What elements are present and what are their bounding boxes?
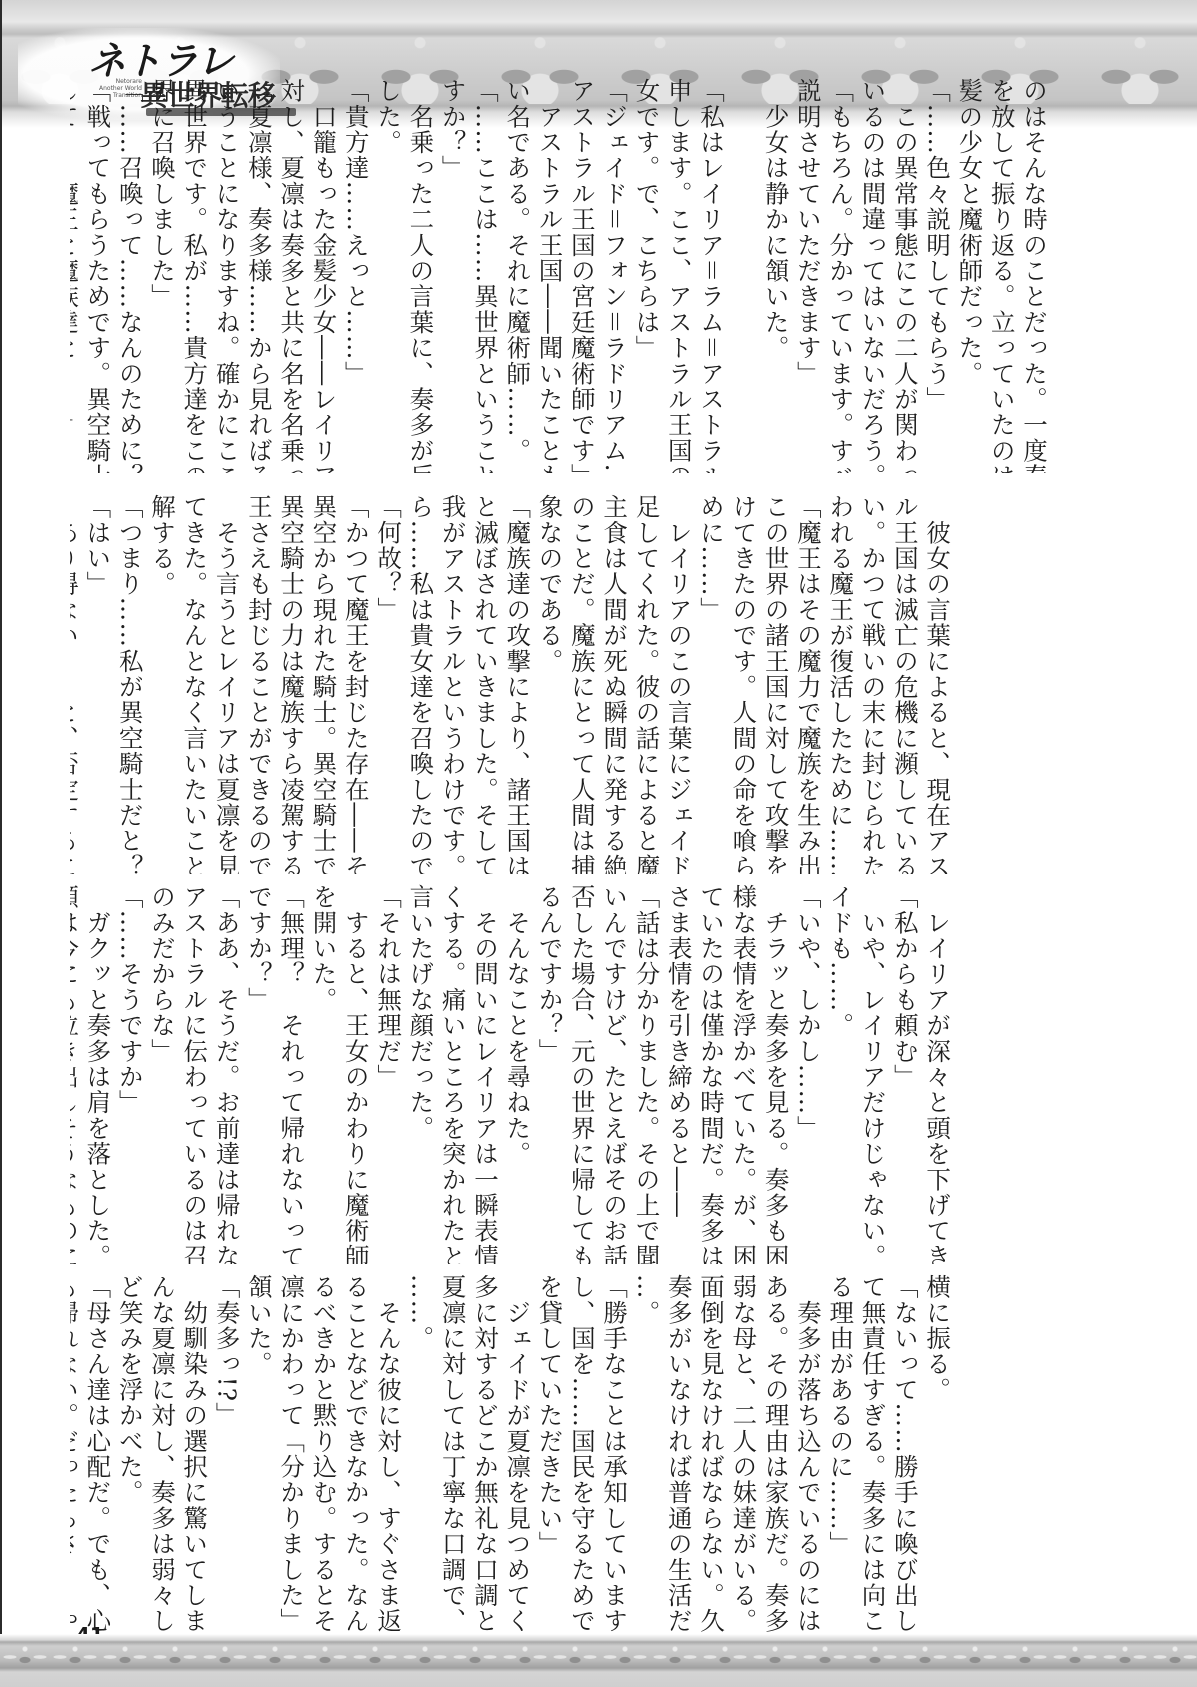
text-line: 王さえも封じることができるのです」	[243, 494, 275, 874]
text-line: 「……そうですか」	[113, 884, 145, 1264]
text-line: 幼馴染みの選択に驚いてしまう。そ	[178, 1274, 210, 1654]
text-line: 足してくれた。彼の話によると魔族の	[630, 494, 662, 874]
text-line: るんですか？」	[533, 884, 565, 1264]
text-line: 女です。で、こちらは」	[630, 78, 662, 473]
text-line: 「魔族達の攻撃により、諸王国は次々	[501, 494, 533, 874]
text-line: 「母さん達は心配だ。でも、心配して	[81, 1274, 113, 1654]
text-line: 彼女の言葉によると、現在アストラ	[921, 494, 953, 874]
text-tier-3: レイリアが深々と頭を下げてきた。「私からも頼む」 いや、レイリアだけじゃない。ジ…	[70, 884, 1050, 1264]
text-line: した。	[372, 78, 404, 473]
text-line: そう言うとレイリアは夏凛を見つめ	[210, 494, 242, 874]
text-line: 界に召喚しました」	[146, 78, 178, 473]
text-line: 「貴方達……えっと……」	[339, 78, 371, 473]
text-line	[953, 1274, 985, 1654]
text-line: 異空から現れた騎士。異空騎士でした。	[307, 494, 339, 874]
text-line	[953, 494, 985, 874]
text-line: 夏凛に対しては丁寧な口調で、慇懃に	[436, 1274, 468, 1654]
text-line: 対し、夏凛は奏多と共に名を名乗った。	[275, 78, 307, 473]
text-line: けてきたのです。人間の命を喰らうた	[727, 494, 759, 874]
text-line	[985, 494, 1017, 874]
text-line: 「夏凛様、奏多様……から見ればそう	[243, 78, 275, 473]
text-line: 「勝手なことは承知しています。しか	[598, 1274, 630, 1654]
text-line: いんですけど、たとえばそのお話を拒	[598, 884, 630, 1264]
text-tier-2: 彼女の言葉によると、現在アストラル王国は滅亡の危機に瀕しているらしい。かつて戦い…	[70, 494, 1050, 874]
text-line: し、国を……国民を守るためです。力	[566, 1274, 598, 1654]
text-line: 「ジェイド＝フォン＝ラドリアム……	[598, 78, 630, 473]
text-line: 「もちろん。分かっています。すべて	[824, 78, 856, 473]
text-line: いうことになりますね。確かにここは	[210, 78, 242, 473]
text-line: 否した場合、元の世界に帰してもらえ	[566, 884, 598, 1264]
text-line	[985, 884, 1017, 1264]
text-line: 「何故？」	[372, 494, 404, 874]
text-line: アストラルに伝わっているのは召喚術	[178, 884, 210, 1264]
text-line: すると、王女のかわりに魔術師が口	[339, 884, 371, 1264]
text-line: 「いや、しかし……」	[792, 884, 824, 1264]
text-line: んな夏凛に対し、奏多は弱々しいけれ	[146, 1274, 178, 1654]
text-line: 「ああ、そうだ。お前達は帰れない。	[210, 884, 242, 1264]
text-line	[1018, 494, 1050, 874]
text-line: 言いたげな顔だった。	[404, 884, 436, 1264]
text-line: 「私からも頼む」	[889, 884, 921, 1264]
text-line: ど笑みを浮かべた。	[113, 1274, 145, 1654]
text-line: いるのは間違ってはいないだろう。	[856, 78, 888, 473]
text-line: ある。その理由は家族だ。奏多には病	[759, 1274, 791, 1654]
text-line: チラッと奏多を見る。奏多も困った	[759, 884, 791, 1264]
text-line: その問いにレイリアは一瞬表情を硬	[469, 884, 501, 1264]
text-line: のことだ。魔族にとって人間は捕食対	[566, 494, 598, 874]
text-line: さま表情を引き締めると――	[662, 884, 694, 1264]
text-line: 「……召喚って……なんのために？」	[113, 78, 145, 473]
text-line: 異世界です。私が……貴方達をこの世	[178, 78, 210, 473]
text-line: ら……私は貴女達を召喚したのです」	[404, 494, 436, 874]
text-line: そんなことを尋ねた。	[501, 884, 533, 1264]
text-line: 口籠もった金髪少女――レイリアに	[307, 78, 339, 473]
text-line: と滅ぼされていきました。そして次は	[469, 494, 501, 874]
text-line: 「奏多っ!?」	[210, 1274, 242, 1654]
text-line: すか？」	[436, 78, 468, 473]
text-line: 「魔王はその魔力で魔族を生み出し、	[792, 494, 824, 874]
text-line: を開いた。	[307, 884, 339, 1264]
text-line: 奏多がいなければ普通の生活だって…	[662, 1274, 694, 1654]
text-line: 「はい」	[81, 494, 113, 874]
text-line: この世界の諸王国に対して攻撃を仕掛	[759, 494, 791, 874]
text-line: 弱な母と、二人の妹達がいる。家族の	[727, 1274, 759, 1654]
text-line: レイリアのこの言葉にジェイドが補	[662, 494, 694, 874]
text-line: 頷いた。	[243, 1274, 275, 1654]
footer-ornament-band	[0, 1634, 1197, 1687]
text-line: 「……色々説明してもらう」	[921, 78, 953, 473]
text-line: 多に対するどこか無礼な口調とは違い、	[469, 1274, 501, 1654]
text-line: い。かつて戦いの末に封じられたと言	[856, 494, 888, 874]
text-line: のはそんな時のことだった。一度奏多	[1018, 78, 1050, 473]
text-line: るべきかと黙り込む。するとそんな夏	[307, 1274, 339, 1654]
text-line: 我がアストラルというわけです。だか	[436, 494, 468, 874]
text-line: われる魔王が復活したために……。	[824, 494, 856, 874]
text-line: 横に振る。	[921, 1274, 953, 1654]
ornament-pattern	[0, 1646, 1197, 1666]
text-line: 様な表情を浮かべていた。が、困惑し	[727, 884, 759, 1264]
text-line	[1018, 1274, 1050, 1654]
text-line: 髪の少女と魔術師だった。	[953, 78, 985, 473]
text-line: いや、レイリアだけじゃない。ジェ	[856, 884, 888, 1264]
text-line: ……。	[404, 1274, 436, 1654]
text-line: ですか？」	[243, 884, 275, 1264]
text-line: を放して振り返る。立っていたのは金	[985, 78, 1017, 473]
text-line: 異空騎士の力は魔族すら凌駕する。魔	[275, 494, 307, 874]
text-line: ル王国は滅亡の危機に瀕しているらし	[889, 494, 921, 874]
text-line: 「話は分かりました。その上で聞きた	[630, 884, 662, 1264]
text-line: アストラル王国――聞いたこともな	[533, 78, 565, 473]
text-line	[985, 1274, 1017, 1654]
text-line	[953, 884, 985, 1264]
text-line: レイリアが深々と頭を下げてきた。	[921, 884, 953, 1264]
text-line: 少女は静かに頷いた。	[759, 78, 791, 473]
text-line: 主食は人間が死ぬ瞬間に発する絶望と	[598, 494, 630, 874]
text-line: 「かつて魔王を封じた存在――それは	[339, 494, 371, 874]
text-line: くする。痛いところを突かれたとでも	[436, 884, 468, 1264]
text-line: ジェイドが夏凛を見つめてくる。奏	[501, 1274, 533, 1654]
text-line: 「それは無理だ」	[372, 884, 404, 1264]
text-line: 「……ここは……異世界ということで	[469, 78, 501, 473]
text-line: のみだからな」	[146, 884, 178, 1264]
text-line: 象なのである。	[533, 494, 565, 874]
text-line: 「つまり……私が異空騎士だと？」	[113, 494, 145, 874]
text-line: ガクッと奏多は肩を落とした。その	[81, 884, 113, 1264]
text-line: 申します。ここ、アストラル王国の王	[662, 78, 694, 473]
text-line: あり得ない――と、否定することは	[70, 494, 81, 874]
text-line: イドも……。	[824, 884, 856, 1264]
text-line: ることなどできなかった。なんと答え	[339, 1274, 371, 1654]
text-line: 「私はレイリア＝ラム＝アストラルと	[695, 78, 727, 473]
text-line: る理由があるのに……」	[824, 1274, 856, 1654]
text-line: 解する。	[146, 494, 178, 874]
text-tier-4: 横に振る。「ないって……勝手に喚び出しておいて無責任すぎる。奏多には向こうに帰る…	[70, 1274, 1050, 1654]
body-text: のはそんな時のことだった。一度奏多を放して振り返る。立っていたのは金髪の少女と魔…	[70, 78, 1050, 1643]
text-line: 凛にかわって「分かりました」奏多が	[275, 1274, 307, 1654]
text-line: 「ないって……勝手に喚び出しておい	[889, 1274, 921, 1654]
text-line: アストラル王国の宮廷魔術師です」	[566, 78, 598, 473]
text-line: ていたのは僅かな時間だ。奏多はすぐ	[695, 884, 727, 1264]
text-line: い名である。それに魔術師……。	[501, 78, 533, 473]
text-line: …。	[630, 1274, 662, 1654]
text-tier-1: のはそんな時のことだった。一度奏多を放して振り返る。立っていたのは金髪の少女と魔…	[70, 78, 1050, 473]
text-line: 説明させていただきます」	[792, 78, 824, 473]
text-line: て無責任すぎる。奏多には向こうに帰	[856, 1274, 888, 1654]
text-line: 「無理？ それって帰れないってこと	[275, 884, 307, 1264]
text-line: この異常事態にこの二人が関わって	[889, 78, 921, 473]
text-line: 奏多が落ち込んでいるのには理由が	[792, 1274, 824, 1654]
text-line: 顔は今にも泣き出しそうなものに見え	[70, 884, 81, 1264]
text-line: して……魔王と魔族達と……」	[70, 78, 81, 473]
text-line: 面倒を見なければならない。久嶋家は	[695, 1274, 727, 1654]
page-edge	[0, 0, 2, 1687]
text-line: そんな彼に対し、すぐさま返事をす	[372, 1274, 404, 1654]
text-line: てきた。なんとなく言いたいことを理	[178, 494, 210, 874]
text-line: 「戦ってもらうためです。異空騎士と	[81, 78, 113, 473]
text-line	[1018, 884, 1050, 1264]
text-line: も帰れない。だったらさ……やれるこ	[70, 1274, 81, 1654]
text-line: 名乗った二人の言葉に、奏多が反応	[404, 78, 436, 473]
text-line: を貸していただきたい」	[533, 1274, 565, 1654]
text-line: めに……」	[695, 494, 727, 874]
text-line	[727, 78, 759, 473]
